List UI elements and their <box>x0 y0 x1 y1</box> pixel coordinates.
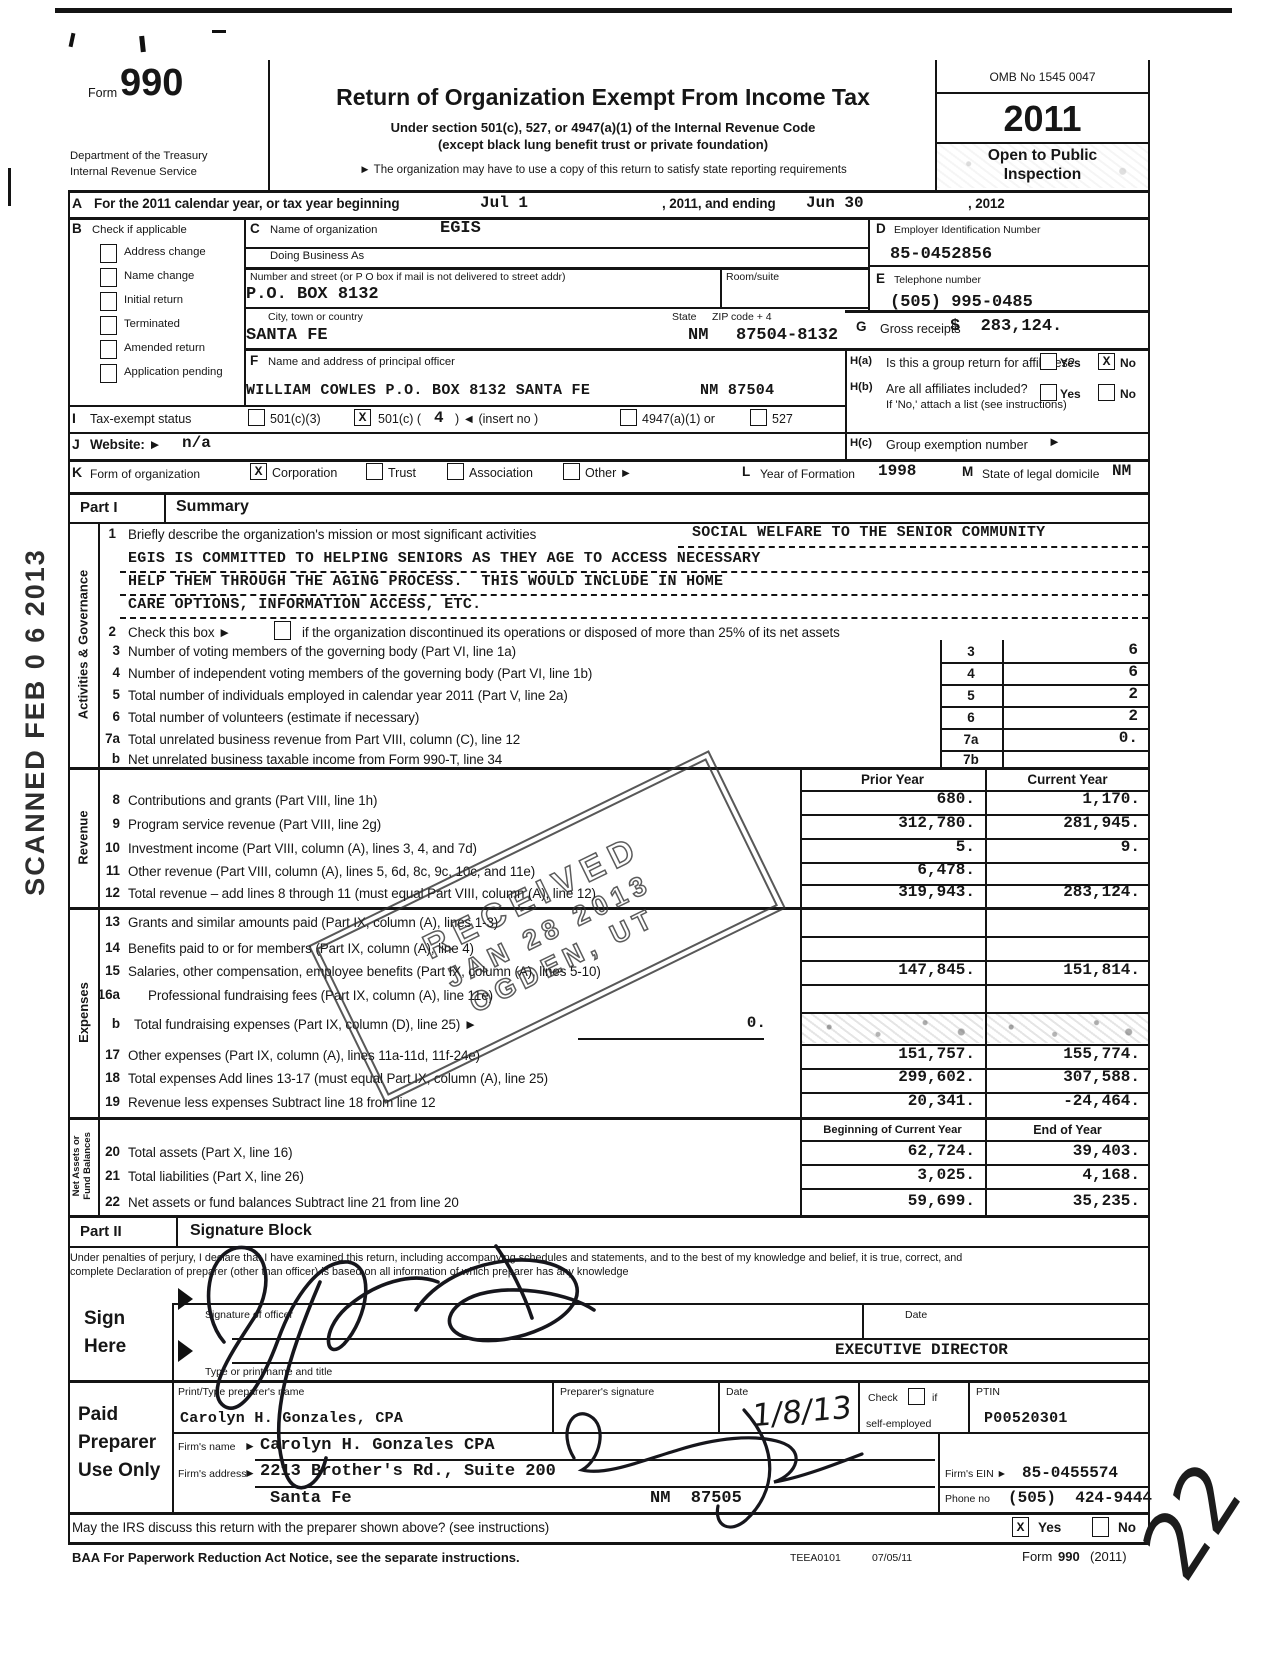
prior-value: 680. <box>800 790 975 808</box>
received-stamp: RECEIVED JAN 28 2013 OGDEN, UT <box>316 758 778 1096</box>
principal-officer-value2: NM 87504 <box>700 382 774 399</box>
hb-no-label: No <box>1120 387 1136 401</box>
website-label: Website: ► <box>90 437 162 452</box>
row-num: 3 <box>90 643 120 658</box>
mission-line1: SOCIAL WELFARE TO THE SENIOR COMMUNITY <box>692 524 1045 541</box>
sec-f-id: F <box>250 353 258 368</box>
checkbox-association <box>447 463 464 480</box>
label-address-change: Address change <box>124 246 206 258</box>
tax-year: 2011 <box>935 98 1150 140</box>
prior-value: 147,845. <box>800 961 975 979</box>
mission-line4: CARE OPTIONS, INFORMATION ACCESS, ETC. <box>128 596 481 613</box>
sec-m-id: M <box>962 464 973 479</box>
paid-label: Paid <box>78 1404 118 1426</box>
officer-title-value: EXECUTIVE DIRECTOR <box>835 1341 1008 1359</box>
hb-note: If 'No,' attach a list (see instructions… <box>886 399 1067 411</box>
zip-label: ZIP code + 4 <box>712 311 772 323</box>
phone-label: Telephone number <box>894 274 981 286</box>
checkbox-4947a1 <box>620 409 637 426</box>
opt-other: Other ► <box>585 466 632 480</box>
shaded-cell <box>802 1014 983 1043</box>
row-num: 7a <box>90 731 120 746</box>
state-value: NM <box>688 326 708 345</box>
discuss-yes-label: Yes <box>1038 1520 1061 1535</box>
row-label: Program service revenue (Part VIII, line… <box>128 817 381 832</box>
row-box: 7a <box>940 732 1002 747</box>
ptin-label: PTIN <box>976 1386 1000 1398</box>
row-label: Total number of volunteers (estimate if … <box>128 710 419 725</box>
prior-value: 62,724. <box>800 1142 975 1160</box>
row-num: b <box>90 1016 120 1031</box>
sign-label: Sign <box>84 1308 125 1330</box>
arrow-icon: ► <box>244 1466 256 1480</box>
principal-officer-value: WILLIAM COWLES P.O. BOX 8132 SANTA FE <box>246 382 590 399</box>
row-value: 2 <box>1002 685 1138 703</box>
end-year-header: End of Year <box>985 1123 1150 1137</box>
org-name-value: EGIS <box>440 219 481 238</box>
part1-id: Part I <box>80 499 118 516</box>
line-a-text1: For the 2011 calendar year, or tax year … <box>94 196 399 211</box>
row-num: 16a <box>90 987 120 1002</box>
form-note: ► The organization may have to use a cop… <box>278 164 928 176</box>
if-label: if <box>932 1392 937 1404</box>
checkbox-527 <box>750 409 767 426</box>
domicile-value: NM <box>1112 462 1131 480</box>
form-title: Return of Organization Exempt From Incom… <box>278 84 928 111</box>
hb-label: Are all affiliates included? <box>886 382 1028 396</box>
hc-id: H(c) <box>850 437 872 449</box>
row-num: 10 <box>90 840 120 855</box>
ha-id: H(a) <box>850 355 872 367</box>
prior-year-header: Prior Year <box>800 772 985 787</box>
opt-501c-suffix: ) ◄ (insert no ) <box>455 412 538 426</box>
checkbox-hb-no <box>1098 384 1115 401</box>
dash-line <box>678 546 1148 548</box>
tax-year-end: Jun 30 <box>806 194 864 212</box>
zip-value: 87504-8132 <box>736 326 838 345</box>
omb-number: OMB No 1545 0047 <box>935 70 1150 84</box>
row-label: Net assets or fund balances Subtract lin… <box>128 1195 459 1210</box>
sec-c-id: C <box>250 221 260 236</box>
label-terminated: Terminated <box>124 318 180 330</box>
row-num: 18 <box>90 1070 120 1085</box>
row-value: 6 <box>1002 641 1138 659</box>
current-value: 35,235. <box>985 1192 1140 1210</box>
opt-4947a1: 4947(a)(1) or <box>642 412 715 426</box>
preparer-name-label: Print/Type preparer's name <box>178 1386 304 1398</box>
row-num: 19 <box>90 1094 120 1109</box>
part1-title: Summary <box>176 498 249 516</box>
row-value: 2 <box>1002 707 1138 725</box>
row-num: 15 <box>90 963 120 978</box>
row-label: Total expenses Add lines 13-17 (must equ… <box>128 1071 548 1086</box>
firm-name-label: Firm's name <box>178 1441 235 1453</box>
sec-l-id: L <box>742 464 750 479</box>
prior-value: 299,602. <box>800 1068 975 1086</box>
ptin-value: P00520301 <box>984 1410 1068 1427</box>
row-num: b <box>90 751 120 766</box>
ha-no-label: No <box>1120 356 1136 370</box>
street-value: P.O. BOX 8132 <box>246 285 379 304</box>
checkbox-self-employed <box>908 1388 925 1405</box>
checkbox-discuss-yes: X <box>1012 1517 1029 1537</box>
baa-notice: BAA For Paperwork Reduction Act Notice, … <box>72 1550 520 1565</box>
current-value: 1,170. <box>985 790 1140 808</box>
opt-corporation: Corporation <box>272 466 337 480</box>
row-label: Total unrelated business revenue from Pa… <box>128 732 520 747</box>
prior-value: 6,478. <box>800 861 975 879</box>
checkbox-initial-return <box>100 292 117 311</box>
org-name-label: Name of organization <box>270 224 377 236</box>
row-num: 12 <box>90 885 120 900</box>
arrow-icon: ► <box>244 1439 256 1453</box>
form-subtitle2: (except black lung benefit trust or priv… <box>278 137 928 152</box>
prior-value: 319,943. <box>800 883 975 901</box>
sidebar-expenses: Expenses <box>68 907 98 1117</box>
preparer-label: Preparer <box>78 1432 156 1454</box>
current-value: 281,945. <box>985 814 1140 832</box>
checkbox-ha-yes <box>1040 353 1057 370</box>
checkbox-501c3 <box>248 409 265 426</box>
row-label: Number of independent voting members of … <box>128 666 592 681</box>
line1-num: 1 <box>86 526 116 541</box>
room-suite-label: Room/suite <box>726 271 779 283</box>
row-value: 6 <box>1002 663 1138 681</box>
sec-b-id: B <box>72 221 82 236</box>
here-label: Here <box>84 1336 126 1358</box>
mission-line3: HELP THEM THROUGH THE AGING PROCESS. THI… <box>128 573 723 590</box>
firm-city-value: Santa Fe <box>270 1489 352 1508</box>
opt-501c: 501(c) ( <box>378 412 421 426</box>
checkbox-other <box>563 463 580 480</box>
sec-i-id: I <box>72 410 76 426</box>
phone-no-value: (505) 424-9444 <box>1008 1489 1152 1507</box>
prior-value: 151,757. <box>800 1045 975 1063</box>
row-num: 11 <box>90 863 120 878</box>
dept-line2: Internal Revenue Service <box>70 166 197 178</box>
checkbox-name-change <box>100 268 117 287</box>
current-value: -24,464. <box>985 1092 1140 1110</box>
current-value: 39,403. <box>985 1142 1140 1160</box>
year-formation-value: 1998 <box>878 462 916 480</box>
dash-line <box>120 617 1148 619</box>
prior-value: 20,341. <box>800 1092 975 1110</box>
footer-form-word: Form <box>1022 1549 1052 1564</box>
checkbox-discontinued <box>274 621 291 640</box>
row-num: 6 <box>90 709 120 724</box>
opt-association: Association <box>469 466 533 480</box>
hc-label: Group exemption number <box>886 438 1028 452</box>
checkbox-trust <box>366 463 383 480</box>
sec-k-id: K <box>72 464 82 480</box>
firm-address-value: 2213 Brother's Rd., Suite 200 <box>260 1462 556 1481</box>
checkbox-amended-return <box>100 340 117 359</box>
row-num: 21 <box>90 1168 120 1183</box>
tax-year-begin: Jul 1 <box>480 194 528 212</box>
form-word: Form <box>88 86 117 100</box>
form-990-scanned-page: Form 990 Department of the Treasury Inte… <box>0 0 1280 1654</box>
domicile-label: State of legal domicile <box>982 467 1099 481</box>
teea-date: 07/05/11 <box>872 1552 912 1564</box>
label-amended-return: Amended return <box>124 342 205 354</box>
street-label: Number and street (or P O box if mail is… <box>250 271 566 283</box>
sign-date-label: Date <box>905 1309 927 1321</box>
checkbox-discuss-no <box>1092 1517 1109 1537</box>
dept-line1: Department of the Treasury <box>70 150 208 162</box>
hb-id: H(b) <box>850 381 873 393</box>
row-box: 3 <box>940 644 1002 659</box>
line1-label: Briefly describe the organization's miss… <box>128 527 536 542</box>
row-box: 5 <box>940 688 1002 703</box>
sec-j-id: J <box>72 436 80 452</box>
row-label: Contributions and grants (Part VIII, lin… <box>128 793 377 808</box>
sec-e-id: E <box>876 271 885 286</box>
line-a-text3: , 2012 <box>968 196 1005 211</box>
opt-501c3: 501(c)(3) <box>270 412 321 426</box>
gross-receipts-label: Gross receipts <box>880 322 961 336</box>
shaded-cell <box>987 1014 1148 1043</box>
ein-value: 85-0452856 <box>890 245 992 264</box>
firm-ein-label: Firm's EIN ► <box>945 1468 1007 1480</box>
part2-id: Part II <box>80 1223 122 1240</box>
phone-no-label: Phone no <box>945 1493 990 1505</box>
opt-527: 527 <box>772 412 793 426</box>
ha-yes-label: Yes <box>1060 356 1081 370</box>
principal-officer-label: Name and address of principal officer <box>268 356 455 368</box>
line-a-id: A <box>72 195 82 211</box>
footer-form-year: (2011) <box>1090 1549 1127 1564</box>
sec-b-label: Check if applicable <box>92 224 187 236</box>
current-value: 307,588. <box>985 1068 1140 1086</box>
mission-line2: EGIS IS COMMITTED TO HELPING SENIORS AS … <box>128 550 761 567</box>
current-value: 4,168. <box>985 1166 1140 1184</box>
row-num: 17 <box>90 1047 120 1062</box>
row-label: Investment income (Part VIII, column (A)… <box>128 841 477 856</box>
label-initial-return: Initial return <box>124 294 183 306</box>
row-num: 9 <box>90 816 120 831</box>
row-num: 8 <box>90 792 120 807</box>
dba-label: Doing Business As <box>270 250 364 262</box>
tax-exempt-label: Tax-exempt status <box>90 412 191 426</box>
row-box: 7b <box>940 752 1002 767</box>
row-num: 4 <box>90 665 120 680</box>
year-formation-label: Year of Formation <box>760 467 855 481</box>
opt-trust: Trust <box>388 466 416 480</box>
firm-address-label: Firm's address <box>178 1468 247 1480</box>
current-value: 9. <box>985 838 1140 856</box>
sec-g-id: G <box>856 319 867 334</box>
prior-value: 5. <box>800 838 975 856</box>
current-year-header: Current Year <box>985 772 1150 787</box>
line-a-text2: , 2011, and ending <box>662 196 776 211</box>
line2-post: if the organization discontinued its ope… <box>302 625 840 640</box>
checkbox-ha-no: X <box>1098 353 1115 370</box>
city-value: SANTA FE <box>246 326 328 345</box>
row-label: Revenue less expenses Subtract line 18 f… <box>128 1095 436 1110</box>
row-num: 5 <box>90 687 120 702</box>
row-label: Number of voting members of the governin… <box>128 644 516 659</box>
inspection: Inspection <box>935 166 1150 184</box>
ein-label: Employer Identification Number <box>894 224 1040 236</box>
hc-arrow-icon: ► <box>1048 434 1061 449</box>
current-value: 151,814. <box>985 961 1140 979</box>
prior-value: 3,025. <box>800 1166 975 1184</box>
row-num: 13 <box>90 914 120 929</box>
checkbox-corporation: X <box>250 463 267 480</box>
opt-501c-number: 4 <box>434 409 444 427</box>
row-label: Total number of individuals employed in … <box>128 688 568 703</box>
current-value: 283,124. <box>985 883 1140 901</box>
sec-d-id: D <box>876 221 886 236</box>
phone-value: (505) 995-0485 <box>890 293 1033 312</box>
teea-code: TEEA0101 <box>790 1552 841 1564</box>
discuss-label: May the IRS discuss this return with the… <box>72 1520 549 1535</box>
checkbox-address-change <box>100 244 117 263</box>
row-label: Total liabilities (Part X, line 26) <box>128 1169 304 1184</box>
website-value: n/a <box>182 434 211 452</box>
begin-year-header: Beginning of Current Year <box>800 1124 985 1136</box>
row-num: 22 <box>90 1194 120 1209</box>
preparer-name-value: Carolyn H. Gonzales, CPA <box>180 1410 403 1427</box>
org-form-label: Form of organization <box>90 467 200 481</box>
line2-pre: Check this box ► <box>128 625 231 640</box>
row-box: 6 <box>940 710 1002 725</box>
footer-form-number: 990 <box>1058 1549 1080 1564</box>
checkbox-terminated <box>100 316 117 335</box>
open-to-public: Open to Public <box>935 147 1150 165</box>
form-subtitle1: Under section 501(c), 527, or 4947(a)(1)… <box>278 120 928 135</box>
fill-line <box>578 1038 764 1040</box>
label-application-pending: Application pending <box>124 366 223 378</box>
gross-receipts-value: $ 283,124. <box>950 317 1062 336</box>
current-value: 155,774. <box>985 1045 1140 1063</box>
firm-name-value: Carolyn H. Gonzales CPA <box>260 1436 495 1455</box>
row-num: 20 <box>90 1144 120 1159</box>
row-value: 0. <box>1002 729 1138 747</box>
use-only-label: Use Only <box>78 1460 160 1482</box>
checkbox-application-pending <box>100 364 117 383</box>
fundraising-total: 0. <box>690 1014 766 1032</box>
line2-num: 2 <box>86 624 116 639</box>
row-label: Net unrelated business taxable income fr… <box>128 752 502 767</box>
checkbox-501c4: X <box>354 409 371 426</box>
firm-ein-value: 85-0455574 <box>1022 1464 1118 1482</box>
state-label: State <box>672 311 697 323</box>
form-number: 990 <box>120 62 183 105</box>
city-label: City, town or country <box>268 311 363 323</box>
prior-value: 312,780. <box>800 814 975 832</box>
scanned-stamp: SCANNED FEB 0 6 2013 <box>20 532 64 912</box>
label-name-change: Name change <box>124 270 194 282</box>
row-box: 4 <box>940 666 1002 681</box>
firm-state-zip-value: NM 87505 <box>650 1489 742 1508</box>
row-num: 14 <box>90 940 120 955</box>
prior-value: 59,699. <box>800 1192 975 1210</box>
row-label: Total assets (Part X, line 16) <box>128 1145 292 1160</box>
